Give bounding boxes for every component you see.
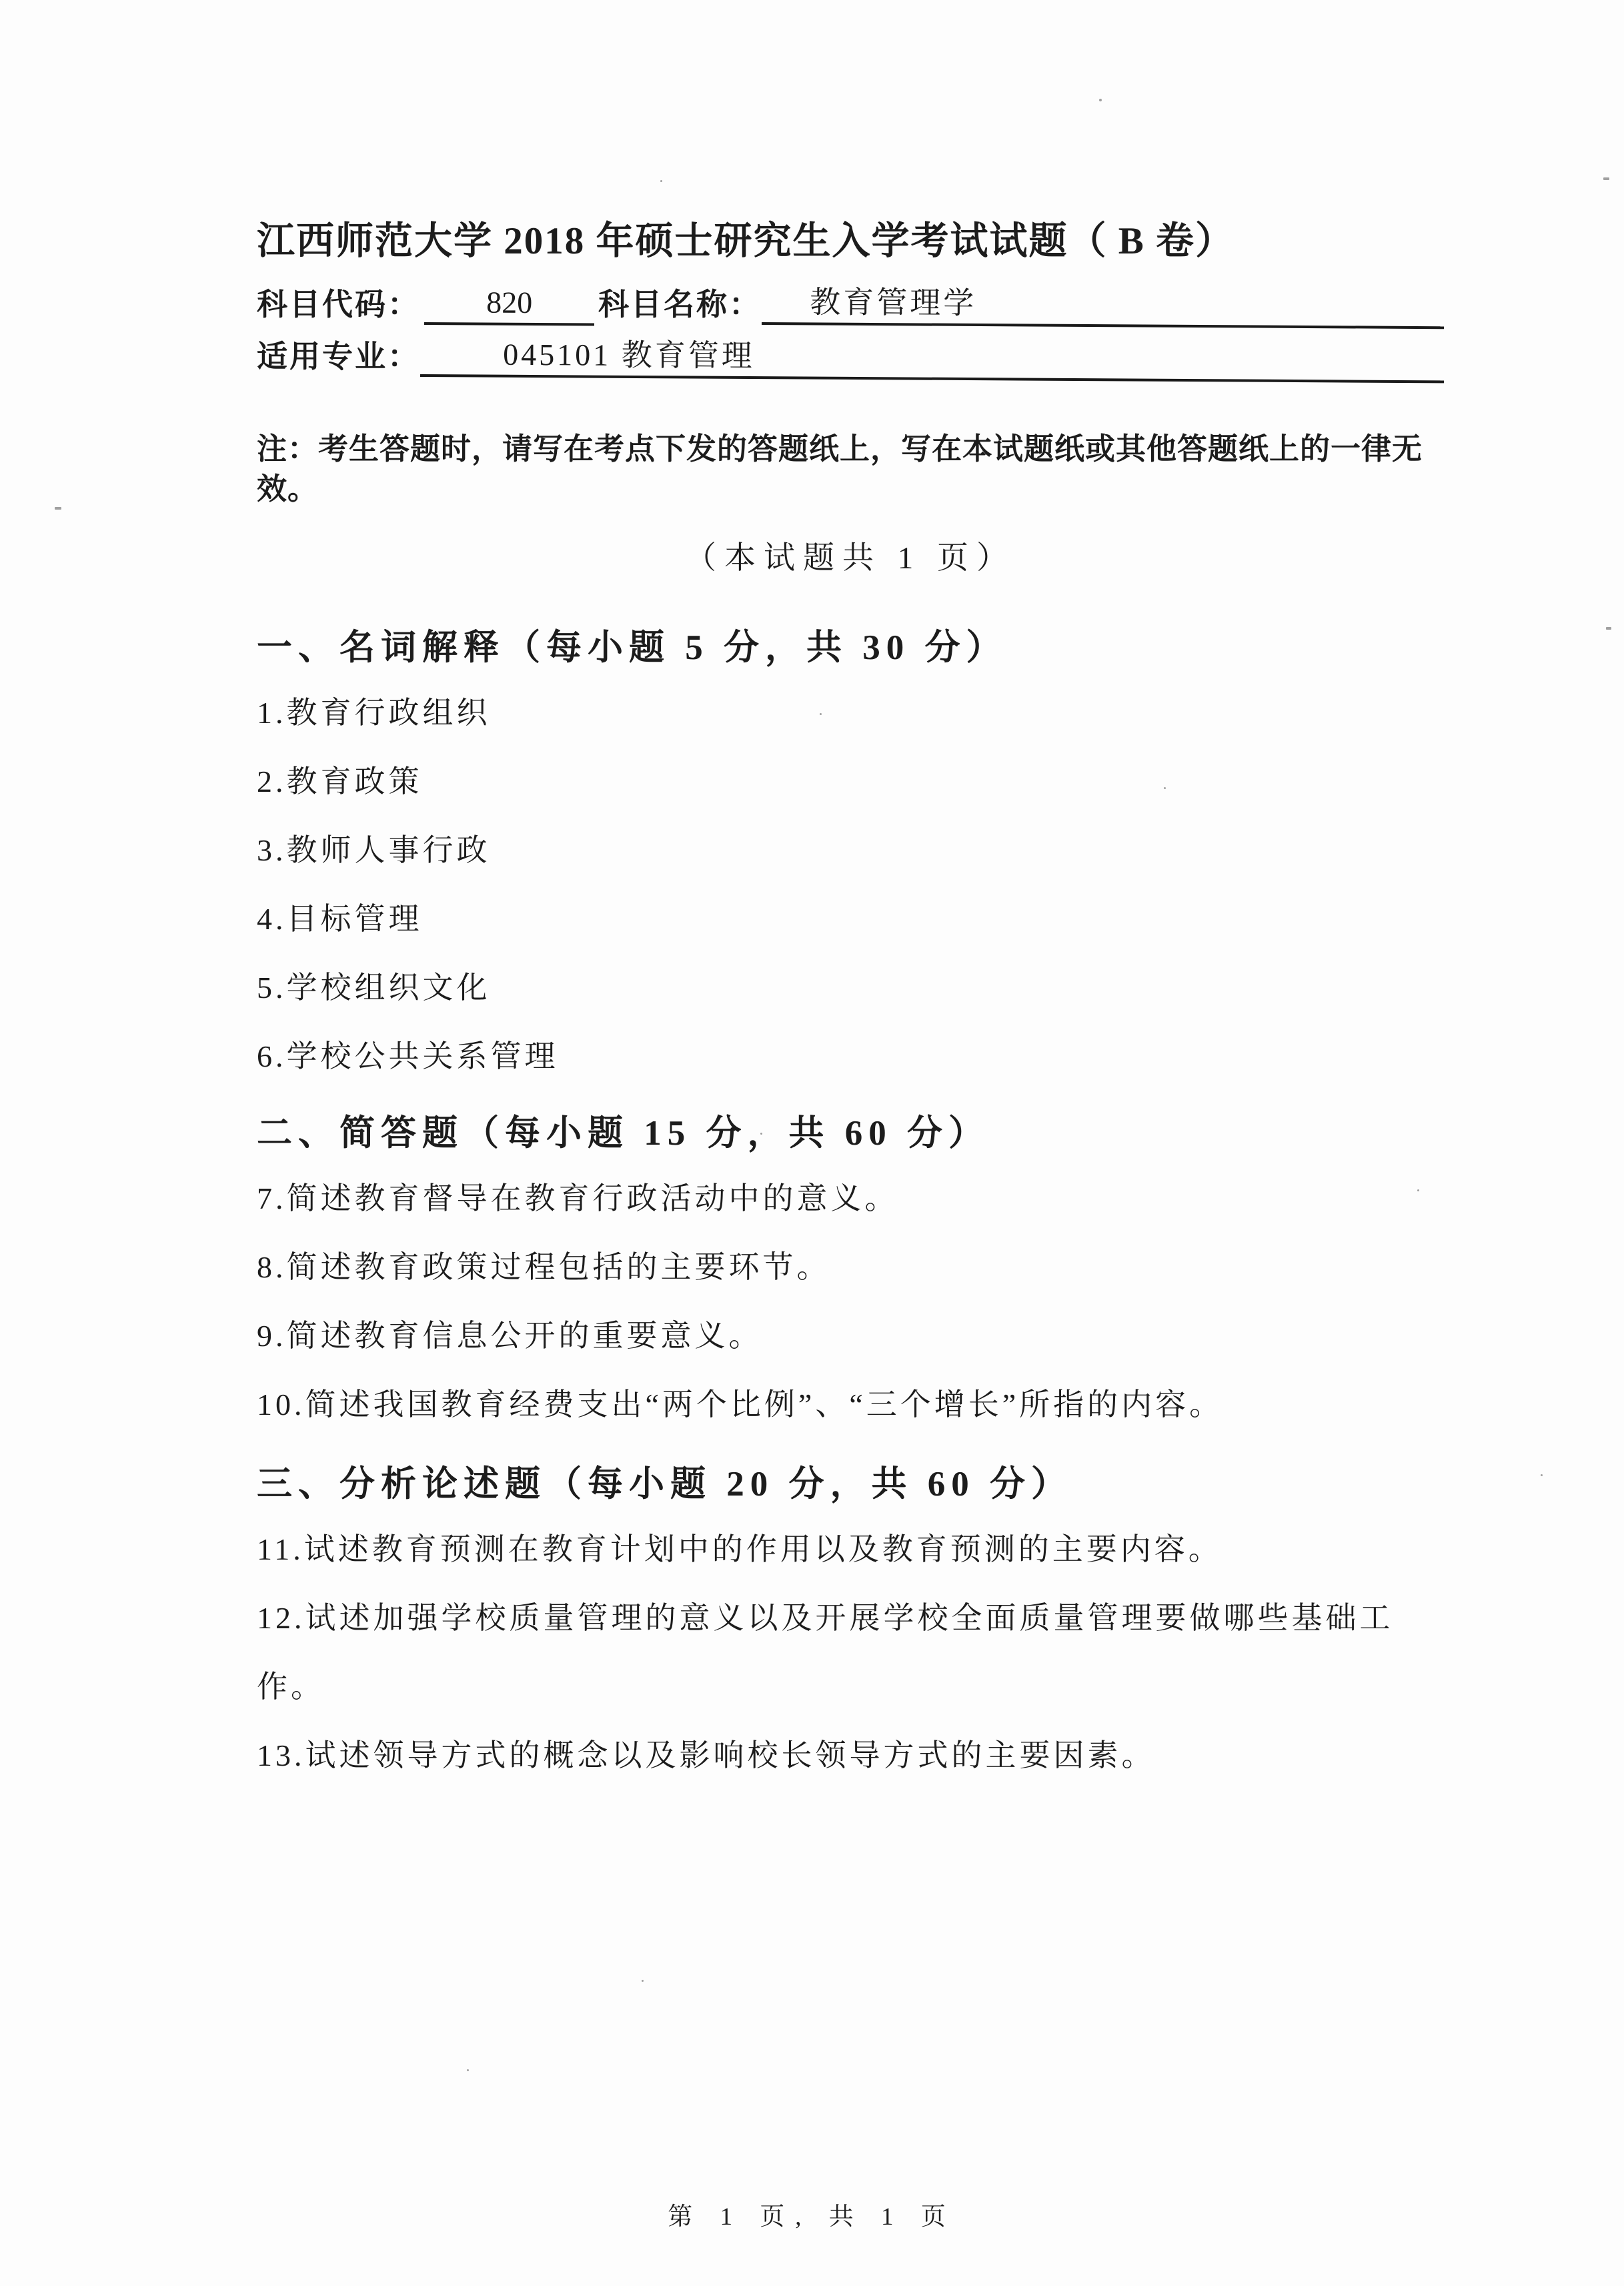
scan-speckle — [467, 2069, 469, 2071]
exam-content: 江西师范大学 2018 年硕士研究生入学考试试题（ B 卷） 科目代码： 820… — [257, 217, 1444, 1790]
scan-speckle — [642, 1980, 644, 1982]
question-item: 10.简述我国教育经费支出“两个比例”、“三个增长”所指的内容。 — [257, 1370, 1444, 1439]
subject-code-label: 科目代码： — [257, 285, 420, 325]
scan-speckle — [1603, 177, 1609, 180]
question-item: 2.教育政策 — [257, 747, 1444, 816]
section-heading-2: 二、简答题（每小题 15 分，共 60 分） — [257, 1103, 1444, 1164]
scan-speckle — [55, 507, 61, 510]
scan-speckle — [1164, 787, 1166, 789]
scan-speckle — [1099, 99, 1102, 101]
page-count-line: （本试题共 1 页） — [257, 538, 1444, 578]
scan-speckle — [660, 180, 662, 182]
section-heading-1: 一、名词解释（每小题 5 分，共 30 分） — [257, 617, 1444, 678]
scan-speckle — [730, 349, 732, 351]
question-item: 5.学校组织文化 — [257, 953, 1444, 1022]
page-footer: 第 1 页, 共 1 页 — [0, 2196, 1624, 2232]
question-item: 12.试述加强学校质量管理的意义以及开展学校全面质量管理要做哪些基础工作。 — [257, 1584, 1444, 1721]
question-item: 6.学校公共关系管理 — [257, 1022, 1444, 1091]
major-row: 适用专业： 045101 教育管理 — [257, 336, 1444, 377]
subject-code-row: 科目代码： 820 科目名称： 教育管理学 — [257, 283, 1444, 325]
subject-name-value: 教育管理学 — [810, 285, 976, 320]
question-item: 4.目标管理 — [257, 885, 1444, 953]
question-item: 1.教育行政组织 — [257, 678, 1444, 747]
question-item: 3.教师人事行政 — [257, 816, 1444, 885]
scan-speckle — [1417, 1189, 1419, 1191]
exam-paper-scan: 江西师范大学 2018 年硕士研究生入学考试试题（ B 卷） 科目代码： 820… — [0, 0, 1624, 2286]
section-noun-definitions: 一、名词解释（每小题 5 分，共 30 分） 1.教育行政组织 2.教育政策 3… — [257, 617, 1444, 1091]
major-value: 045101 教育管理 — [503, 338, 755, 373]
question-item: 7.简述教育督导在教育行政活动中的意义。 — [257, 1164, 1444, 1233]
subject-code-underline: 820 — [424, 282, 594, 326]
subject-code-value: 820 — [486, 285, 532, 320]
question-item: 11.试述教育预测在教育计划中的作用以及教育预测的主要内容。 — [257, 1515, 1444, 1584]
section-essay-analysis: 三、分析论述题（每小题 20 分，共 60 分） 11.试述教育预测在教育计划中… — [257, 1454, 1444, 1790]
question-item: 13.试述领导方式的概念以及影响校长领导方式的主要因素。 — [257, 1721, 1444, 1790]
major-underline: 045101 教育管理 — [420, 334, 1444, 383]
question-item: 8.简述教育政策过程包括的主要环节。 — [257, 1233, 1444, 1301]
page-title: 江西师范大学 2018 年硕士研究生入学考试试题（ B 卷） — [257, 217, 1444, 266]
subject-name-underline: 教育管理学 — [762, 282, 1444, 329]
section-short-answer: 二、简答题（每小题 15 分，共 60 分） 7.简述教育督导在教育行政活动中的… — [257, 1103, 1444, 1439]
subject-name-label: 科目名称： — [598, 285, 762, 325]
major-label: 适用专业： — [257, 337, 420, 377]
scan-speckle — [820, 713, 822, 715]
question-item: 9.简述教育信息公开的重要意义。 — [257, 1301, 1444, 1370]
answer-sheet-notice: 注：考生答题时，请写在考点下发的答题纸上，写在本试题纸或其他答题纸上的一律无效。 — [257, 429, 1444, 509]
scan-speckle — [760, 1133, 762, 1135]
scan-speckle — [1541, 1474, 1543, 1476]
scan-speckle — [1606, 627, 1611, 630]
section-heading-3: 三、分析论述题（每小题 20 分，共 60 分） — [257, 1454, 1444, 1515]
